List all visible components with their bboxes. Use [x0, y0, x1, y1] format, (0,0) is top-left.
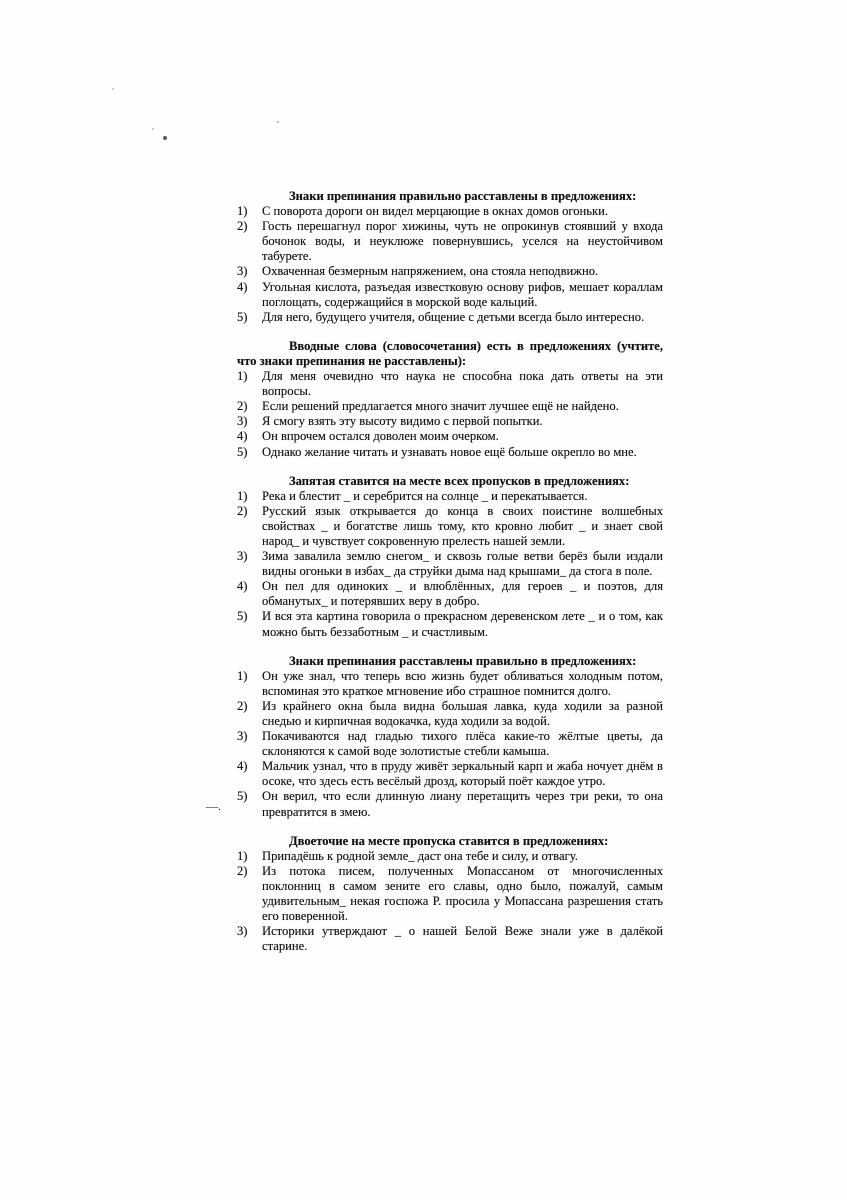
item-text: Припадёшь к родной земле_ даст она тебе …	[262, 849, 663, 864]
section-punctuation-correct-2: Знаки препинания расставлены правильно в…	[237, 654, 663, 820]
list-item: 5) Однако желание читать и узнавать ново…	[237, 445, 663, 460]
list-item: 1) Припадёшь к родной земле_ даст она те…	[237, 849, 663, 864]
item-text: Историки утверждают _ о нашей Белой Веже…	[262, 924, 663, 954]
item-number: 5)	[237, 789, 262, 819]
list-item: 2) Гость перешагнул порог хижины, чуть н…	[237, 219, 663, 264]
item-text: Покачиваются над гладью тихого плёса как…	[262, 729, 663, 759]
section-colon-in-gap: Двоеточие на месте пропуска ставится в п…	[237, 834, 663, 955]
list-item: 3) Покачиваются над гладью тихого плёса …	[237, 729, 663, 759]
item-text: С поворота дороги он видел мерцающие в о…	[262, 204, 663, 219]
item-number: 2)	[237, 699, 262, 729]
item-number: 1)	[237, 204, 262, 219]
list-item: 4) Он пел для одиноких _ и влюблённых, д…	[237, 579, 663, 609]
item-number: 5)	[237, 310, 262, 325]
item-text: Река и блестит _ и серебрится на солнце …	[262, 489, 663, 504]
item-text: Из потока писем, полученных Мопассаном о…	[262, 864, 663, 924]
list-item: 2) Из крайнего окна была видна большая л…	[237, 699, 663, 729]
section-heading: Знаки препинания расставлены правильно в…	[237, 654, 663, 669]
item-number: 1)	[237, 849, 262, 864]
item-text: Для него, будущего учителя, общение с де…	[262, 310, 663, 325]
item-text: Русский язык открывается до конца в свои…	[262, 504, 663, 549]
item-number: 2)	[237, 399, 262, 414]
item-number: 1)	[237, 369, 262, 399]
item-number: 5)	[237, 609, 262, 639]
item-text: Зима завалила землю снегом_ и сквозь гол…	[262, 549, 663, 579]
item-text: И вся эта картина говорила о прекрасном …	[262, 609, 663, 639]
item-number: 4)	[237, 280, 262, 310]
scan-speck	[112, 88, 114, 90]
item-number: 2)	[237, 219, 262, 264]
item-text: Угольная кислота, разъедая известковую о…	[262, 280, 663, 310]
list-item: 2) Русский язык открывается до конца в с…	[237, 504, 663, 549]
item-text: Однако желание читать и узнавать новое е…	[262, 445, 663, 460]
section-heading: Знаки препинания правильно расставлены в…	[237, 189, 663, 204]
item-number: 3)	[237, 414, 262, 429]
item-text: Охваченная безмерным напряжением, она ст…	[262, 264, 663, 279]
item-text: Я смогу взять эту высоту видимо с первой…	[262, 414, 663, 429]
scan-speck	[152, 128, 154, 130]
item-text: Из крайнего окна была видна большая лавк…	[262, 699, 663, 729]
item-number: 4)	[237, 429, 262, 444]
section-punctuation-placed-correctly: Знаки препинания правильно расставлены в…	[237, 189, 663, 325]
list-item: 4) Он впрочем остался доволен моим очерк…	[237, 429, 663, 444]
item-number: 4)	[237, 759, 262, 789]
list-item: 2) Если решений предлагается много значи…	[237, 399, 663, 414]
list-item: 5) Для него, будущего учителя, общение с…	[237, 310, 663, 325]
list-item: 1) С поворота дороги он видел мерцающие …	[237, 204, 663, 219]
list-item: 2) Из потока писем, полученных Мопассано…	[237, 864, 663, 924]
margin-mark: —.	[206, 799, 221, 814]
item-text: Он уже знал, что теперь всю жизнь будет …	[262, 669, 663, 699]
item-number: 5)	[237, 445, 262, 460]
item-number: 3)	[237, 549, 262, 579]
item-number: 2)	[237, 504, 262, 549]
section-heading: Вводные слова (словосочетания) есть в пр…	[237, 339, 663, 369]
list-item: 3) Зима завалила землю снегом_ и сквозь …	[237, 549, 663, 579]
item-text: Если решений предлагается много значит л…	[262, 399, 663, 414]
item-text: Мальчик узнал, что в пруду живёт зеркаль…	[262, 759, 663, 789]
section-comma-in-gaps: Запятая ставится на месте всех пропусков…	[237, 474, 663, 640]
list-item: 3) Я смогу взять эту высоту видимо с пер…	[237, 414, 663, 429]
scan-speck	[163, 136, 167, 140]
item-text: Он впрочем остался доволен моим очерком.	[262, 429, 663, 444]
list-item: 1) Он уже знал, что теперь всю жизнь буд…	[237, 669, 663, 699]
list-item: 4) Угольная кислота, разъедая известкову…	[237, 280, 663, 310]
section-introductory-words: Вводные слова (словосочетания) есть в пр…	[237, 339, 663, 460]
item-text: Он верил, что если длинную лиану перетащ…	[262, 789, 663, 819]
item-number: 3)	[237, 729, 262, 759]
scan-speck	[277, 121, 279, 123]
item-text: Гость перешагнул порог хижины, чуть не о…	[262, 219, 663, 264]
list-item: 5) И вся эта картина говорила о прекрасн…	[237, 609, 663, 639]
item-number: 1)	[237, 669, 262, 699]
list-item: 4) Мальчик узнал, что в пруду живёт зерк…	[237, 759, 663, 789]
list-item: 1) Река и блестит _ и серебрится на солн…	[237, 489, 663, 504]
section-heading: Запятая ставится на месте всех пропусков…	[237, 474, 663, 489]
item-number: 3)	[237, 264, 262, 279]
item-text: Для меня очевидно что наука не способна …	[262, 369, 663, 399]
item-number: 3)	[237, 924, 262, 954]
section-heading: Двоеточие на месте пропуска ставится в п…	[237, 834, 663, 849]
list-item: 3) Охваченная безмерным напряжением, она…	[237, 264, 663, 279]
scanned-page: —. Знаки препинания правильно расставлен…	[0, 0, 847, 1200]
list-item: 1) Для меня очевидно что наука не способ…	[237, 369, 663, 399]
item-number: 4)	[237, 579, 262, 609]
list-item: 5) Он верил, что если длинную лиану пере…	[237, 789, 663, 819]
list-item: 3) Историки утверждают _ о нашей Белой В…	[237, 924, 663, 954]
item-text: Он пел для одиноких _ и влюблённых, для …	[262, 579, 663, 609]
item-number: 1)	[237, 489, 262, 504]
worksheet: Знаки препинания правильно расставлены в…	[237, 189, 663, 968]
item-number: 2)	[237, 864, 262, 924]
